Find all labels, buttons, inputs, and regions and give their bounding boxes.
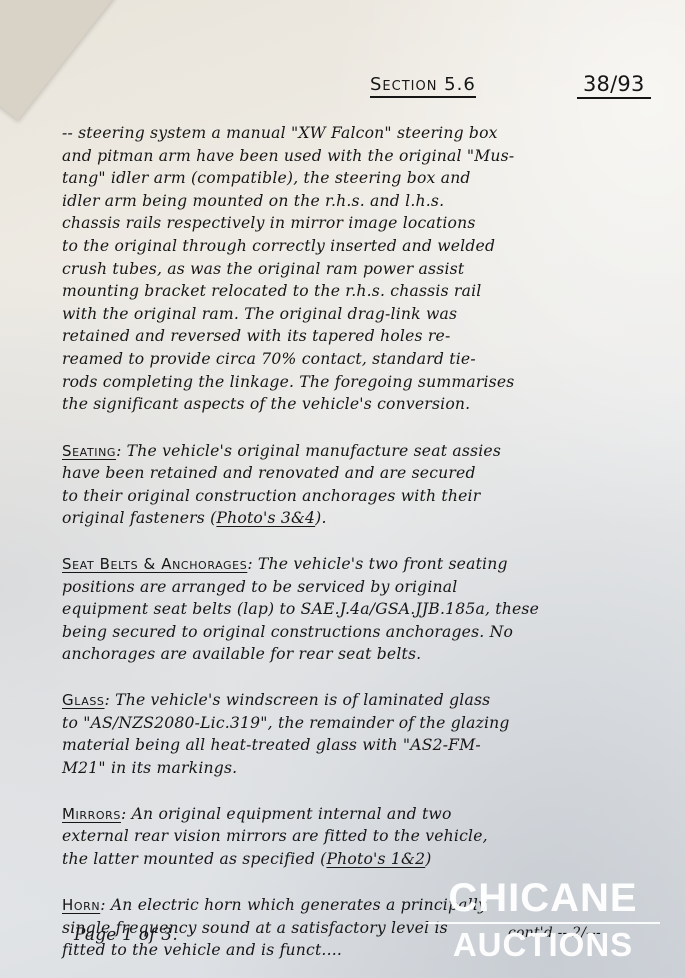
text-line: with the original ram. The original drag… [62, 303, 685, 326]
text-fragment: : The vehicle's windscreen is of laminat… [105, 691, 491, 709]
text-fragment: : The vehicle's two front seating [247, 555, 507, 573]
photo-reference: Photo's 3&4 [216, 509, 315, 527]
page-count: Page 1 of 3. [74, 925, 178, 945]
watermark-line2: AUCTIONS [424, 928, 662, 962]
text-line: chassis rails respectively in mirror ima… [62, 212, 685, 235]
text-line: crush tubes, as was the original ram pow… [62, 258, 685, 281]
text-fragment: original fasteners ( [62, 509, 216, 527]
intro-paragraph: -- steering system a manual "XW Falcon" … [62, 122, 685, 416]
page-reference: 38/93 [577, 72, 651, 99]
document-body: -- steering system a manual "XW Falcon" … [62, 122, 685, 978]
text-line: to the original through correctly insert… [62, 235, 685, 258]
text-line: M21" in its markings. [62, 757, 685, 779]
text-line: mounting bracket relocated to the r.h.s.… [62, 280, 685, 303]
text-fragment: the latter mounted as specified ( [62, 850, 326, 868]
text-line: to their original construction anchorage… [62, 485, 685, 507]
watermark-line1: CHICANE [424, 878, 662, 918]
text-fragment: : An original equipment internal and two [121, 805, 452, 823]
text-fragment: ). [315, 509, 326, 527]
document-header: Section 5.6 38/93 [370, 74, 655, 104]
text-line: the significant aspects of the vehicle's… [62, 393, 685, 416]
text-line: equipment seat belts (lap) to SAE.J.4a/G… [62, 598, 685, 620]
section-first-line: Seat Belts & Anchorages: The vehicle's t… [62, 553, 685, 575]
photo-reference: Photo's 1&2 [326, 850, 425, 868]
text-line: tang" idler arm (compatible), the steeri… [62, 167, 685, 190]
text-line: being secured to original constructions … [62, 621, 685, 643]
section-first-line: Seating: The vehicle's original manufact… [62, 440, 685, 462]
seat-belts-heading: Seat Belts & Anchorages [62, 555, 247, 573]
glass-section: Glass: The vehicle's windscreen is of la… [62, 689, 685, 779]
text-line: retained and reversed with its tapered h… [62, 325, 685, 348]
section-last-line: original fasteners (Photo's 3&4). [62, 507, 685, 529]
text-fragment: : The vehicle's original manufacture sea… [116, 442, 501, 460]
text-line: and pitman arm have been used with the o… [62, 145, 685, 168]
text-line: material being all heat-treated glass wi… [62, 734, 685, 756]
text-line: -- steering system a manual "XW Falcon" … [62, 122, 685, 145]
watermark-divider [426, 922, 660, 924]
horn-heading: Horn [62, 896, 100, 914]
text-line: rods completing the linkage. The foregoi… [62, 371, 685, 394]
text-line: external rear vision mirrors are fitted … [62, 825, 685, 847]
text-line: reamed to provide circa 70% contact, sta… [62, 348, 685, 371]
text-line: have been retained and renovated and are… [62, 462, 685, 484]
text-line: to "AS/NZS2080-Lic.319", the remainder o… [62, 712, 685, 734]
text-line: anchorages are available for rear seat b… [62, 643, 685, 665]
glass-heading: Glass [62, 691, 105, 709]
seat-belts-section: Seat Belts & Anchorages: The vehicle's t… [62, 553, 685, 665]
seating-heading: Seating [62, 442, 116, 460]
text-line: positions are arranged to be serviced by… [62, 576, 685, 598]
text-line: idler arm being mounted on the r.h.s. an… [62, 190, 685, 213]
section-first-line: Mirrors: An original equipment internal … [62, 803, 685, 825]
mirrors-heading: Mirrors [62, 805, 121, 823]
text-fragment: ) [425, 850, 431, 868]
underlying-sheet-corner [0, 0, 117, 120]
mirrors-section: Mirrors: An original equipment internal … [62, 803, 685, 870]
section-last-line: the latter mounted as specified (Photo's… [62, 848, 685, 870]
chicane-auctions-watermark: CHICANE AUCTIONS [424, 878, 662, 962]
section-first-line: Glass: The vehicle's windscreen is of la… [62, 689, 685, 711]
seating-section: Seating: The vehicle's original manufact… [62, 440, 685, 530]
section-title: Section 5.6 [370, 74, 476, 98]
